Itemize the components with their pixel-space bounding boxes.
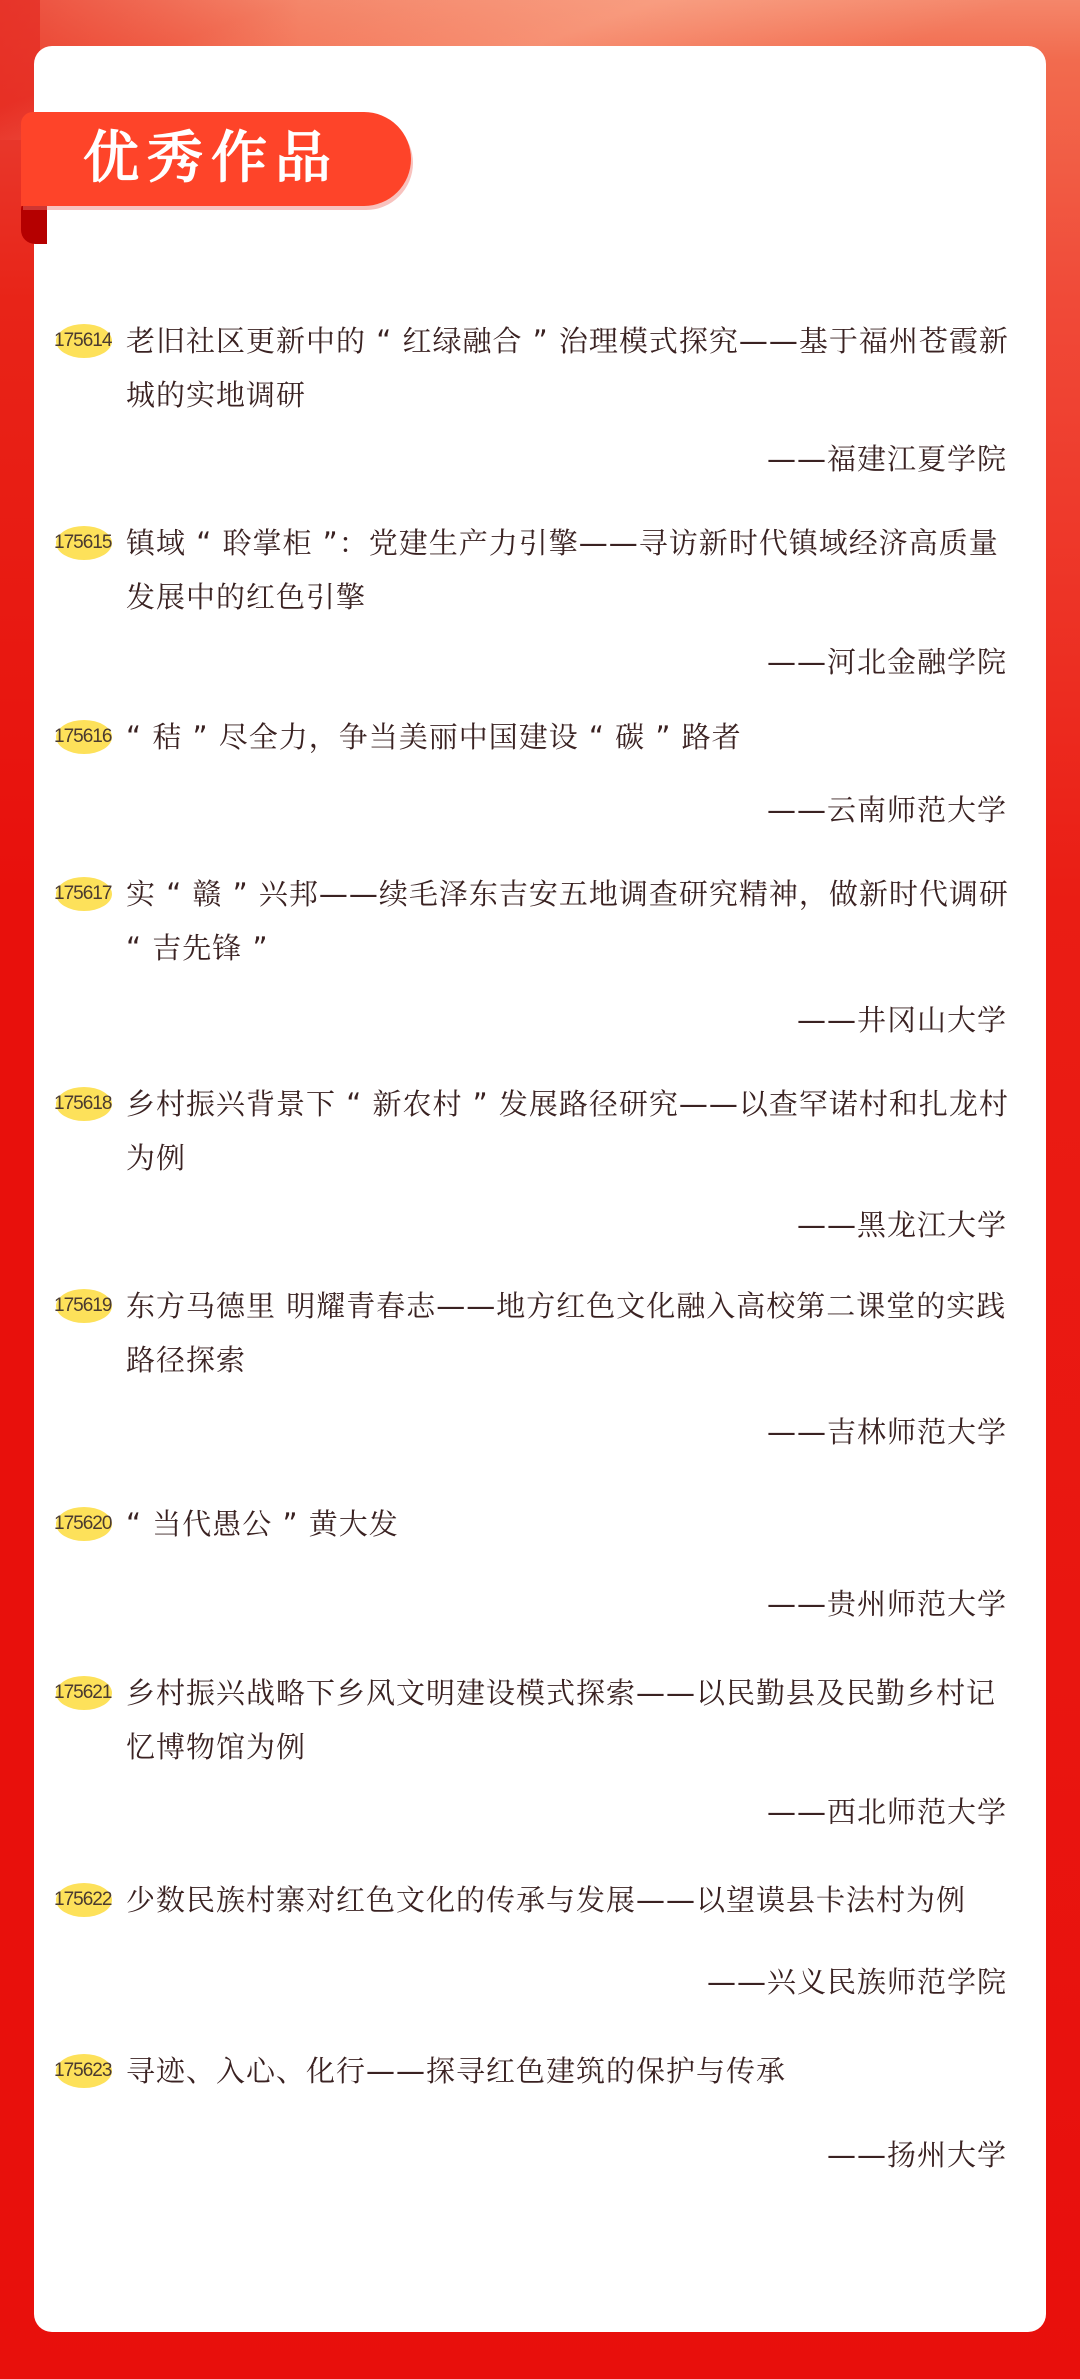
entry-id-badge: 175617 [54, 877, 114, 911]
entry-id-badge: 175614 [54, 324, 114, 358]
entry-author: ——吉林师范大学 [767, 1412, 1007, 1452]
entry-author: ——西北师范大学 [767, 1792, 1007, 1832]
entry-id: 175614 [54, 324, 111, 358]
entry-author: ——井冈山大学 [797, 1000, 1007, 1040]
entry-title: 老旧社区更新中的 “ 红绿融合 ” 治理模式探究——基于福州苍霞新城的实地调研 [126, 314, 1011, 422]
entry-title: “ 秸 ” 尽全力，争当美丽中国建设 “ 碳 ” 路者 [126, 710, 1011, 764]
entry-id-badge: 175618 [54, 1087, 114, 1121]
entry-id: 175615 [54, 526, 111, 560]
entry-author: ——贵州师范大学 [767, 1584, 1007, 1624]
entry-id-badge: 175622 [54, 1883, 114, 1917]
entry-author: ——扬州大学 [827, 2135, 1007, 2175]
entry-title: 乡村振兴背景下 “ 新农村 ” 发展路径研究——以查罕诺村和扎龙村为例 [126, 1077, 1011, 1185]
entry-id: 175617 [54, 877, 111, 911]
entry-id-badge: 175616 [54, 720, 114, 754]
entry-author: ——河北金融学院 [767, 642, 1007, 682]
entry-id-badge: 175621 [54, 1676, 114, 1710]
entry-title: 少数民族村寨对红色文化的传承与发展——以望谟县卡法村为例 [126, 1873, 1011, 1927]
entry-id: 175620 [54, 1507, 111, 1541]
entry-id: 175618 [54, 1087, 111, 1121]
entry-title: 镇域 “ 聆掌柜 ”：党建生产力引擎——寻访新时代镇域经济高质量发展中的红色引擎 [126, 516, 1011, 624]
entry-author: ——兴义民族师范学院 [707, 1962, 1007, 2002]
entry-id-badge: 175623 [54, 2054, 114, 2088]
entry-id: 175622 [54, 1883, 111, 1917]
entry-author: ——云南师范大学 [767, 790, 1007, 830]
entry-id-badge: 175615 [54, 526, 114, 560]
entry-author: ——黑龙江大学 [797, 1205, 1007, 1245]
entry-title: “ 当代愚公 ” 黄大发 [126, 1497, 1011, 1551]
entry-id: 175616 [54, 720, 111, 754]
entry-title: 东方马德里 明耀青春志——地方红色文化融入高校第二课堂的实践路径探索 [126, 1279, 1011, 1387]
entry-title: 寻迹、入心、化行——探寻红色建筑的保护与传承 [126, 2044, 1011, 2098]
entry-id: 175623 [54, 2054, 111, 2088]
section-ribbon: 优秀作品 [21, 112, 411, 206]
entry-title: 乡村振兴战略下乡风文明建设模式探索——以民勤县及民勤乡村记忆博物馆为例 [126, 1666, 1011, 1774]
entry-title: 实 “ 赣 ” 兴邦——续毛泽东吉安五地调查研究精神，做新时代调研 “ 吉先锋 … [126, 867, 1011, 975]
entry-id: 175619 [54, 1289, 111, 1323]
entry-author: ——福建江夏学院 [767, 439, 1007, 479]
entry-id-badge: 175620 [54, 1507, 114, 1541]
entry-id: 175621 [54, 1676, 111, 1710]
section-title: 优秀作品 [83, 112, 339, 206]
entry-id-badge: 175619 [54, 1289, 114, 1323]
